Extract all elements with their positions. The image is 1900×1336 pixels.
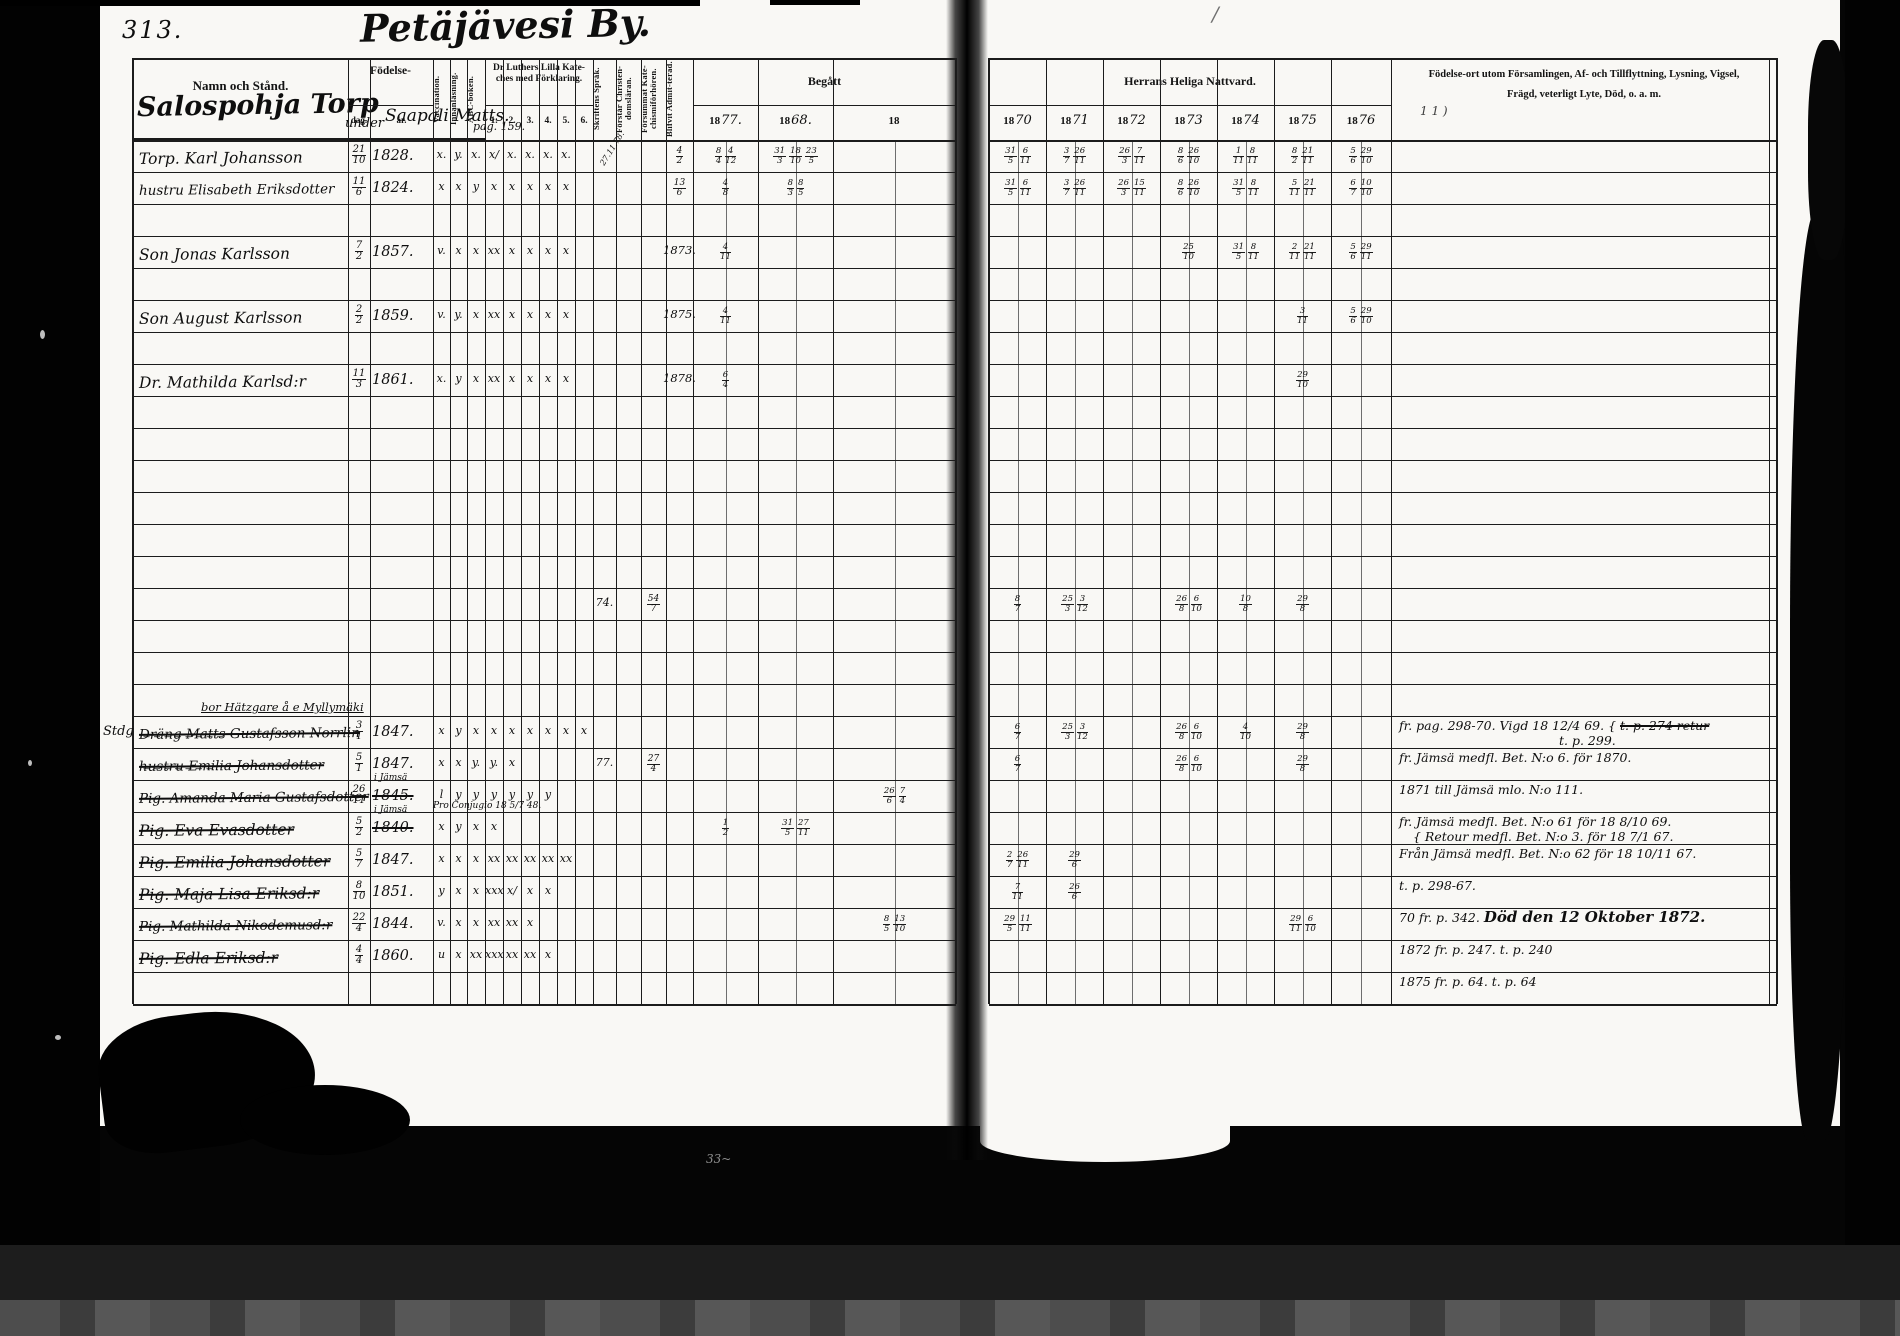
reading-mark: x. bbox=[503, 148, 521, 161]
reading-mark: x bbox=[539, 724, 557, 737]
grid-line bbox=[133, 652, 956, 653]
grid-line bbox=[989, 556, 1777, 557]
grid-line bbox=[133, 428, 956, 429]
grid-line bbox=[593, 58, 594, 1004]
birth-year: 1824. bbox=[372, 180, 432, 196]
communion-mark: 311 bbox=[1274, 307, 1331, 325]
grid-line bbox=[1246, 140, 1247, 1004]
birth-year: 1851. bbox=[372, 884, 432, 900]
grid-line bbox=[1217, 58, 1218, 1004]
col-header-notes-line1: Födelse-ort utom Församlingen, Af- och T… bbox=[1395, 68, 1773, 81]
grid-line bbox=[989, 364, 1777, 365]
grid-line bbox=[989, 268, 1777, 269]
reading-mark: x bbox=[467, 852, 485, 865]
reading-mark: x bbox=[485, 820, 503, 833]
note-cell: fr. Jämsä medfl. Bet. N:o 6. för 1870. bbox=[1399, 750, 1771, 765]
reading-mark: xx bbox=[485, 372, 503, 385]
grid-line bbox=[989, 460, 1777, 461]
grid-line bbox=[989, 716, 1777, 717]
reading-mark: x bbox=[450, 884, 467, 897]
reading-mark: x bbox=[450, 852, 467, 865]
reading-mark: y bbox=[485, 788, 503, 801]
communion-mark: 372611 bbox=[1046, 179, 1103, 197]
row-name: Son August Karlsson bbox=[139, 304, 351, 333]
communion-mark: 298 bbox=[1274, 723, 1331, 741]
grid-line bbox=[989, 844, 1777, 845]
communion-mark: 2112111 bbox=[1274, 243, 1331, 261]
note-cell: fr. pag. 298-70. Vigd 18 12/4 69. { t. p… bbox=[1399, 718, 1771, 748]
grid-line bbox=[989, 204, 1777, 205]
reading-mark: y bbox=[467, 180, 485, 193]
reading-mark: l bbox=[433, 788, 450, 801]
reading-mark: y. bbox=[450, 308, 467, 321]
communion-mark: 562910 bbox=[1331, 147, 1391, 165]
grid-line bbox=[989, 684, 1777, 685]
birth-day: 52 bbox=[346, 817, 372, 838]
grid-line bbox=[989, 236, 1777, 237]
row-name: Pig. Maja Lisa Eriksd:r bbox=[139, 880, 351, 909]
reading-mark: y. bbox=[450, 148, 467, 161]
reading-mark: x bbox=[539, 180, 557, 193]
communion-mark: 268610 bbox=[1160, 723, 1217, 741]
grid-line bbox=[895, 140, 896, 1004]
stray-mark: 33~ bbox=[706, 1152, 731, 1166]
grid-line bbox=[989, 748, 1777, 749]
paper-edge bbox=[980, 1120, 1230, 1162]
scan-speck bbox=[55, 1035, 61, 1040]
page-number: 313. bbox=[122, 16, 183, 44]
reading-mark: xx bbox=[467, 948, 485, 961]
grid-line bbox=[693, 105, 956, 106]
annotation: Pro Conjugio 18 5/7 48. bbox=[433, 801, 541, 811]
communion-mark: 410 bbox=[1217, 723, 1274, 741]
year-header: 18 bbox=[833, 111, 956, 129]
reading-mark: x bbox=[521, 884, 539, 897]
grid-line bbox=[133, 236, 956, 237]
birth-year: 1847. bbox=[372, 852, 432, 868]
grid-line bbox=[133, 556, 956, 557]
reading-mark: x bbox=[521, 244, 539, 257]
communion-mark: 2911610 bbox=[1274, 915, 1331, 933]
reading-mark: y bbox=[450, 788, 467, 801]
reading-mark: xx bbox=[503, 948, 521, 961]
annotation: ‒ ‒ ‒ ‒ ‒ ‒ ‒ ‒ bbox=[143, 730, 223, 743]
scanned-ledger-page: 313. Petäjävesi By. Namn och Stånd. Föde… bbox=[0, 0, 1900, 1336]
grid-line bbox=[989, 172, 1777, 173]
communion-mark: 372611 bbox=[1046, 147, 1103, 165]
reading-mark: x/ bbox=[503, 884, 521, 897]
birth-day: 2611 bbox=[346, 785, 372, 806]
reading-mark: y bbox=[433, 884, 450, 897]
scan-tear-shadow bbox=[1808, 40, 1848, 260]
ledger-table: Namn och Stånd. Födelse- dag. år. Vaccin… bbox=[133, 58, 1777, 1004]
communion-mark: 111811 bbox=[1217, 147, 1274, 165]
communion-mark: 8385 bbox=[758, 179, 833, 197]
grid-line bbox=[989, 812, 1777, 813]
grid-line bbox=[133, 172, 956, 173]
forsummat-value: 274 bbox=[624, 755, 684, 774]
reading-mark: x bbox=[467, 308, 485, 321]
communion-mark: 298 bbox=[1274, 755, 1331, 773]
scan-right-margin bbox=[1845, 0, 1900, 1336]
note-cell: t. p. 298-67. bbox=[1399, 878, 1771, 893]
communion-mark: 64 bbox=[693, 371, 758, 389]
forsummat-value: 547 bbox=[624, 595, 684, 614]
section-heading-under: under bbox=[345, 116, 384, 131]
communion-mark: 3152711 bbox=[758, 819, 833, 837]
reading-mark: x bbox=[521, 916, 539, 929]
grid-line bbox=[641, 58, 642, 1004]
reading-mark: y bbox=[521, 788, 539, 801]
birth-year: 1847. bbox=[372, 724, 432, 740]
communion-mark: 671010 bbox=[1331, 179, 1391, 197]
grid-line bbox=[485, 105, 593, 106]
grid-line bbox=[132, 58, 134, 1004]
birth-day: 810 bbox=[346, 881, 372, 902]
grid-line bbox=[989, 396, 1777, 397]
col-header-blifvit-admitterad: Blifvit Admit-terad. bbox=[665, 60, 693, 138]
grid-line bbox=[1361, 140, 1362, 1004]
grid-line bbox=[1274, 58, 1275, 1004]
communion-mark: 315611 bbox=[989, 179, 1046, 197]
annotation: ‒ ‒ ‒ ‒ ‒ ‒ ‒ bbox=[143, 762, 213, 775]
birth-year: 1857. bbox=[372, 244, 432, 260]
grid-line bbox=[1075, 140, 1076, 1004]
grid-line bbox=[133, 364, 956, 365]
grid-line bbox=[616, 58, 617, 1004]
communion-mark: 5112111 bbox=[1274, 179, 1331, 197]
col-header-forsummat-katechismiforhoren: Försummat Kate-chismiförhören. bbox=[640, 60, 666, 138]
col-header-fodelse: Födelse- bbox=[348, 65, 433, 77]
scan-bottom-texture bbox=[0, 1300, 1900, 1336]
stray-mark: 1 1 ) bbox=[1420, 104, 1448, 118]
reading-mark: v. bbox=[433, 916, 450, 929]
note-cell: Från Jämsä medfl. Bet. N:o 62 för 18 10/… bbox=[1399, 846, 1771, 861]
birth-day: 31 bbox=[346, 721, 372, 742]
reading-mark: x bbox=[521, 372, 539, 385]
reading-mark: x bbox=[433, 756, 450, 769]
reading-mark: xxx bbox=[485, 948, 503, 961]
communion-mark: 84412 bbox=[693, 147, 758, 165]
reading-mark: 74. bbox=[593, 596, 616, 609]
reading-mark: x bbox=[521, 724, 539, 737]
communion-mark: 263711 bbox=[1103, 147, 1160, 165]
communion-mark: 253312 bbox=[1046, 723, 1103, 741]
row-name: Torp. Karl Johansson bbox=[139, 144, 351, 173]
grid-line bbox=[133, 684, 956, 685]
communion-mark: 851310 bbox=[833, 915, 956, 933]
grid-line bbox=[133, 140, 956, 142]
grid-line bbox=[989, 620, 1777, 621]
grid-line bbox=[989, 1004, 1777, 1006]
grid-line bbox=[133, 940, 956, 941]
birth-day: 44 bbox=[346, 945, 372, 966]
reading-mark: x bbox=[539, 372, 557, 385]
grid-line bbox=[989, 940, 1777, 941]
reading-mark: x bbox=[450, 916, 467, 929]
grid-line bbox=[133, 716, 956, 717]
row-name: Pig. Eva Evasdotter bbox=[139, 816, 351, 845]
communion-mark: 562910 bbox=[1331, 307, 1391, 325]
reading-mark: x bbox=[485, 724, 503, 737]
grid-line bbox=[726, 140, 727, 1004]
reading-mark: x. bbox=[557, 148, 575, 161]
communion-mark: 2910 bbox=[1274, 371, 1331, 389]
birth-day: 72 bbox=[346, 241, 372, 262]
birth-day: 2110 bbox=[346, 145, 372, 166]
communion-mark: 87 bbox=[989, 595, 1046, 613]
grid-line bbox=[989, 972, 1777, 973]
reading-mark: x bbox=[557, 724, 575, 737]
reading-mark: x bbox=[503, 756, 521, 769]
reading-mark: y. bbox=[467, 756, 485, 769]
reading-mark: x bbox=[557, 372, 575, 385]
grid-line bbox=[989, 140, 1777, 142]
reading-mark: xx bbox=[485, 916, 503, 929]
birth-place-note: i Jämsä bbox=[374, 773, 407, 783]
birth-year: 1860. bbox=[372, 948, 432, 964]
col-header-notes-line2: Frägd, veterligt Lyte, Död, o. a. m. bbox=[1395, 88, 1773, 101]
grid-line bbox=[1303, 140, 1304, 1004]
row-margin-note: Stdg bbox=[103, 724, 134, 739]
grid-line bbox=[133, 300, 956, 301]
reading-mark: y bbox=[503, 788, 521, 801]
row-name: Pig. Mathilda Nikodemusd:r bbox=[139, 912, 351, 941]
communion-mark: 315811 bbox=[1217, 179, 1274, 197]
reading-mark: x. bbox=[433, 372, 450, 385]
communion-mark: 108 bbox=[1217, 595, 1274, 613]
year-header: 1874 bbox=[1217, 111, 1274, 129]
grid-line bbox=[1769, 58, 1770, 1004]
communion-mark: 67 bbox=[989, 723, 1046, 741]
birth-year: 1840. bbox=[372, 820, 432, 836]
scan-speck bbox=[28, 760, 32, 766]
communion-mark: 711 bbox=[989, 883, 1046, 901]
year-header: 1873 bbox=[1160, 111, 1217, 129]
grid-line bbox=[133, 332, 956, 333]
reading-mark: x. bbox=[467, 148, 485, 161]
grid-line bbox=[989, 876, 1777, 877]
note-cell: fr. Jämsä medfl. Bet. N:o 61 för 18 8/10… bbox=[1399, 814, 1771, 844]
grid-line bbox=[133, 396, 956, 397]
note-cell: 70 fr. p. 342. Död den 12 Oktober 1872. bbox=[1399, 910, 1771, 925]
reading-mark: x bbox=[539, 884, 557, 897]
communion-mark: 3131810235 bbox=[758, 147, 833, 165]
scan-speck bbox=[40, 330, 45, 339]
note-cell: 1871 till Jämsä mlo. N:o 111. bbox=[1399, 782, 1771, 797]
reading-mark: x bbox=[467, 244, 485, 257]
scan-tear-shadow bbox=[1790, 210, 1848, 1140]
stray-mark: / bbox=[1212, 2, 1219, 26]
grid-line bbox=[1018, 140, 1019, 1004]
grid-line bbox=[133, 812, 956, 813]
reading-mark: x bbox=[503, 372, 521, 385]
reading-mark: xx bbox=[503, 916, 521, 929]
grid-line bbox=[133, 748, 956, 749]
birth-year: 1859. bbox=[372, 308, 432, 324]
grid-line bbox=[1776, 58, 1778, 1004]
reading-mark: xx bbox=[503, 852, 521, 865]
section-heading-page-ref: pag. 159. bbox=[473, 120, 525, 133]
grid-line bbox=[796, 140, 797, 1004]
col-header-skriftens-sprak: Skriftens Språk. bbox=[592, 60, 616, 138]
grid-line bbox=[955, 58, 957, 1004]
reading-mark: x bbox=[467, 884, 485, 897]
reading-mark: y bbox=[450, 820, 467, 833]
birth-day: 22 bbox=[346, 305, 372, 326]
birth-place-note: i Jämsä bbox=[374, 805, 407, 815]
reading-mark: xxx bbox=[485, 884, 503, 897]
scan-top-edge bbox=[770, 0, 860, 5]
reading-mark: x bbox=[503, 308, 521, 321]
communion-mark: 562911 bbox=[1331, 243, 1391, 261]
birth-year: 1844. bbox=[372, 916, 432, 932]
reading-mark: x bbox=[557, 308, 575, 321]
communion-mark: 296 bbox=[1046, 851, 1103, 869]
birth-day: 113 bbox=[346, 369, 372, 390]
birth-day: 224 bbox=[346, 913, 372, 934]
scan-bottom-shade bbox=[0, 1245, 1900, 1300]
communion-mark: 2510 bbox=[1160, 243, 1217, 261]
reading-mark: x bbox=[503, 244, 521, 257]
col-header-k4: 4. bbox=[539, 116, 557, 126]
reading-mark: x/ bbox=[485, 148, 503, 161]
grid-line bbox=[133, 972, 956, 973]
reading-mark: y bbox=[539, 788, 557, 801]
birth-year: 1861. bbox=[372, 372, 432, 388]
birth-year: 1845. bbox=[372, 788, 432, 804]
grid-line bbox=[1391, 58, 1392, 1004]
grid-line bbox=[1132, 140, 1133, 1004]
year-header: 1870 bbox=[989, 111, 1046, 129]
scan-dark-blob bbox=[240, 1085, 410, 1155]
reading-mark: x bbox=[450, 244, 467, 257]
reading-mark: x bbox=[467, 724, 485, 737]
grid-line bbox=[133, 780, 956, 781]
row-name: Pig. Edla Eriksd:r bbox=[139, 944, 351, 973]
annotation: bor Hätzgare å e Myllymäki bbox=[201, 700, 364, 714]
reading-mark: x bbox=[539, 244, 557, 257]
reading-mark: v. bbox=[433, 244, 450, 257]
birth-year: 1847. bbox=[372, 756, 432, 772]
row-name: Pig. Emilia Johansdotter bbox=[139, 848, 351, 877]
grid-line bbox=[1160, 58, 1161, 1004]
grid-line bbox=[989, 300, 1777, 301]
grid-line bbox=[666, 58, 667, 1004]
reading-mark: x. bbox=[521, 148, 539, 161]
grid-line bbox=[989, 652, 1777, 653]
reading-mark: xx bbox=[521, 852, 539, 865]
reading-mark: x bbox=[521, 180, 539, 193]
reading-mark: x bbox=[433, 724, 450, 737]
reading-mark: xx bbox=[521, 948, 539, 961]
grid-line bbox=[133, 460, 956, 461]
reading-mark: y. bbox=[485, 756, 503, 769]
birth-day: 51 bbox=[346, 753, 372, 774]
reading-mark: x bbox=[521, 308, 539, 321]
reading-mark: x bbox=[433, 820, 450, 833]
reading-mark: x bbox=[485, 180, 503, 193]
grid-line bbox=[1189, 140, 1190, 1004]
communion-mark: 253312 bbox=[1046, 595, 1103, 613]
reading-mark: xx bbox=[485, 852, 503, 865]
grid-line bbox=[348, 105, 433, 106]
birth-day: 57 bbox=[346, 849, 372, 870]
reading-mark: v. bbox=[433, 308, 450, 321]
reading-mark: x bbox=[450, 756, 467, 769]
reading-mark: x bbox=[503, 724, 521, 737]
grid-line bbox=[133, 876, 956, 877]
row-name: hustru Elisabeth Eriksdotter bbox=[139, 176, 351, 205]
row-name: Dr. Mathilda Karlsd:r bbox=[139, 368, 351, 397]
year-header: 1876 bbox=[1331, 111, 1391, 129]
reading-mark: x bbox=[450, 948, 467, 961]
reading-mark: x bbox=[503, 180, 521, 193]
grid-line bbox=[133, 492, 956, 493]
col-header-k5: 5. bbox=[557, 116, 575, 126]
row-name: Pig. Amanda Maria Gustafsdotter bbox=[139, 784, 351, 813]
grid-line bbox=[133, 908, 956, 909]
reading-mark: x bbox=[467, 820, 485, 833]
year-header: 1875 bbox=[1274, 111, 1331, 129]
grid-line bbox=[989, 332, 1777, 333]
communion-mark: 26674 bbox=[833, 787, 956, 805]
reading-mark: y bbox=[450, 724, 467, 737]
communion-mark: 268610 bbox=[1160, 595, 1217, 613]
reading-mark: x bbox=[467, 372, 485, 385]
communion-mark: 268610 bbox=[1160, 755, 1217, 773]
row-name: Son Jonas Karlsson bbox=[139, 240, 351, 269]
reading-mark: x bbox=[557, 180, 575, 193]
grid-line bbox=[758, 58, 759, 1004]
note-cell: 1875 fr. p. 64. t. p. 64 bbox=[1399, 974, 1771, 989]
reading-mark: x. bbox=[433, 148, 450, 161]
reading-mark: xx bbox=[539, 852, 557, 865]
reading-mark: x. bbox=[539, 148, 557, 161]
year-header: 1872 bbox=[1103, 111, 1160, 129]
grid-line bbox=[133, 204, 956, 205]
reading-mark: x bbox=[433, 180, 450, 193]
reading-mark: x bbox=[467, 916, 485, 929]
grid-line bbox=[133, 268, 956, 269]
note-cell: 1872 fr. p. 247. t. p. 240 bbox=[1399, 942, 1771, 957]
reading-mark: x bbox=[539, 948, 557, 961]
col-header-begatt: Begått bbox=[693, 74, 956, 89]
birth-year: 1828. bbox=[372, 148, 432, 164]
communion-mark: 67 bbox=[989, 755, 1046, 773]
section-heading: Salospohja Torp bbox=[137, 88, 379, 123]
grid-line bbox=[989, 780, 1777, 781]
col-header-forstar-christendomslaran: Förstår Christen-domsläran. bbox=[615, 60, 641, 138]
communion-mark: 862610 bbox=[1160, 179, 1217, 197]
birth-day: 116 bbox=[346, 177, 372, 198]
year-header: 1871 bbox=[1046, 111, 1103, 129]
reading-mark: xx bbox=[557, 852, 575, 865]
grid-line bbox=[133, 524, 956, 525]
grid-line bbox=[833, 58, 834, 1004]
communion-mark: 822111 bbox=[1274, 147, 1331, 165]
communion-mark: 48 bbox=[693, 179, 758, 197]
communion-mark: 272611 bbox=[989, 851, 1046, 869]
reading-mark: xx bbox=[485, 244, 503, 257]
grid-line bbox=[133, 620, 956, 621]
scan-left-margin bbox=[0, 0, 100, 1336]
grid-line bbox=[133, 844, 956, 845]
communion-mark: 315611 bbox=[989, 147, 1046, 165]
grid-line bbox=[133, 1004, 956, 1006]
grid-line bbox=[693, 58, 694, 1004]
year-header: 1868. bbox=[758, 111, 833, 129]
